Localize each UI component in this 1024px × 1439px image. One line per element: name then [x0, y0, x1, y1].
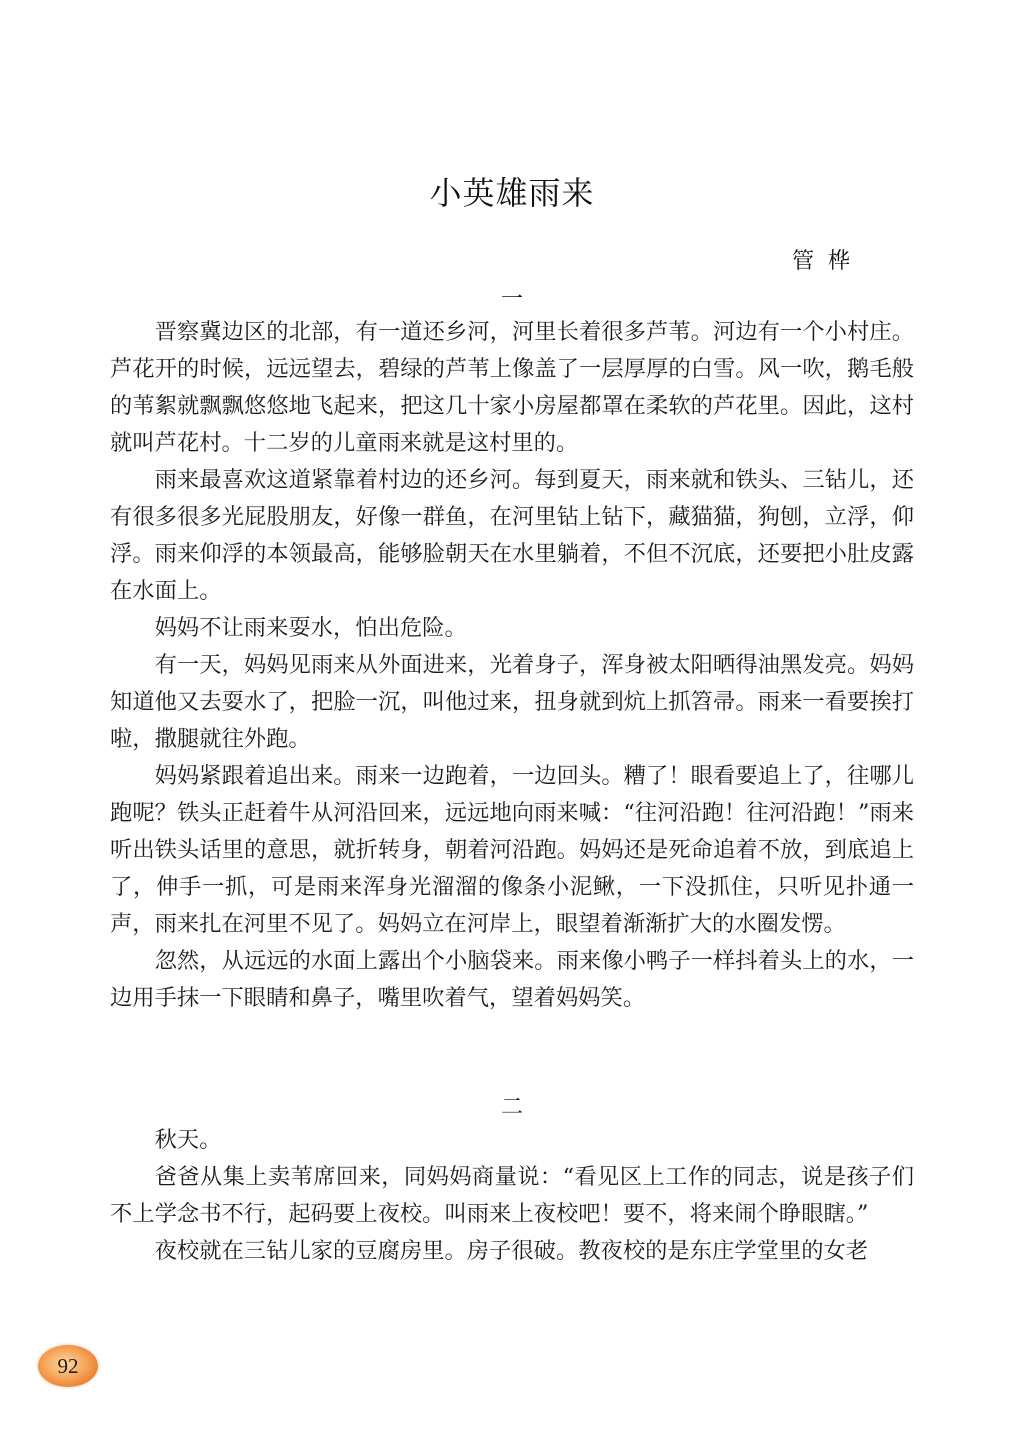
page-number: 92: [58, 1354, 79, 1379]
textbook-page: 小英雄雨来 管桦 一 晋察冀边区的北部，有一道还乡河，河里长着很多芦苇。河边有一…: [0, 0, 1024, 1439]
page-number-badge: 92: [38, 1345, 98, 1387]
article-title: 小英雄雨来: [0, 168, 1024, 214]
paragraph: 妈妈不让雨来耍水，怕出危险。: [110, 610, 914, 647]
paragraph: 夜校就在三钻儿家的豆腐房里。房子很破。教夜校的是东庄学堂里的女老: [110, 1233, 914, 1270]
author-name: 管桦: [792, 244, 864, 275]
section-marker-1: 一: [0, 282, 1024, 313]
paragraph: 爸爸从集上卖苇席回来，同妈妈商量说：“看见区上工作的同志，说是孩子们不上学念书不…: [110, 1159, 914, 1233]
paragraph: 有一天，妈妈见雨来从外面进来，光着身子，浑身被太阳晒得油黑发亮。妈妈知道他又去耍…: [110, 647, 914, 758]
section-2-body: 秋天。 爸爸从集上卖苇席回来，同妈妈商量说：“看见区上工作的同志，说是孩子们不上…: [110, 1122, 914, 1270]
paragraph: 忽然，从远远的水面上露出个小脑袋来。雨来像小鸭子一样抖着头上的水，一边用手抹一下…: [110, 943, 914, 1017]
paragraph: 妈妈紧跟着追出来。雨来一边跑着，一边回头。糟了！眼看要追上了，往哪儿跑呢？铁头正…: [110, 758, 914, 943]
paragraph: 晋察冀边区的北部，有一道还乡河，河里长着很多芦苇。河边有一个小村庄。芦花开的时候…: [110, 314, 914, 462]
section-marker-2: 二: [0, 1090, 1024, 1121]
section-1-body: 晋察冀边区的北部，有一道还乡河，河里长着很多芦苇。河边有一个小村庄。芦花开的时候…: [110, 314, 914, 1017]
paragraph: 秋天。: [110, 1122, 914, 1159]
paragraph: 雨来最喜欢这道紧靠着村边的还乡河。每到夏天，雨来就和铁头、三钻儿，还有很多很多光…: [110, 462, 914, 610]
